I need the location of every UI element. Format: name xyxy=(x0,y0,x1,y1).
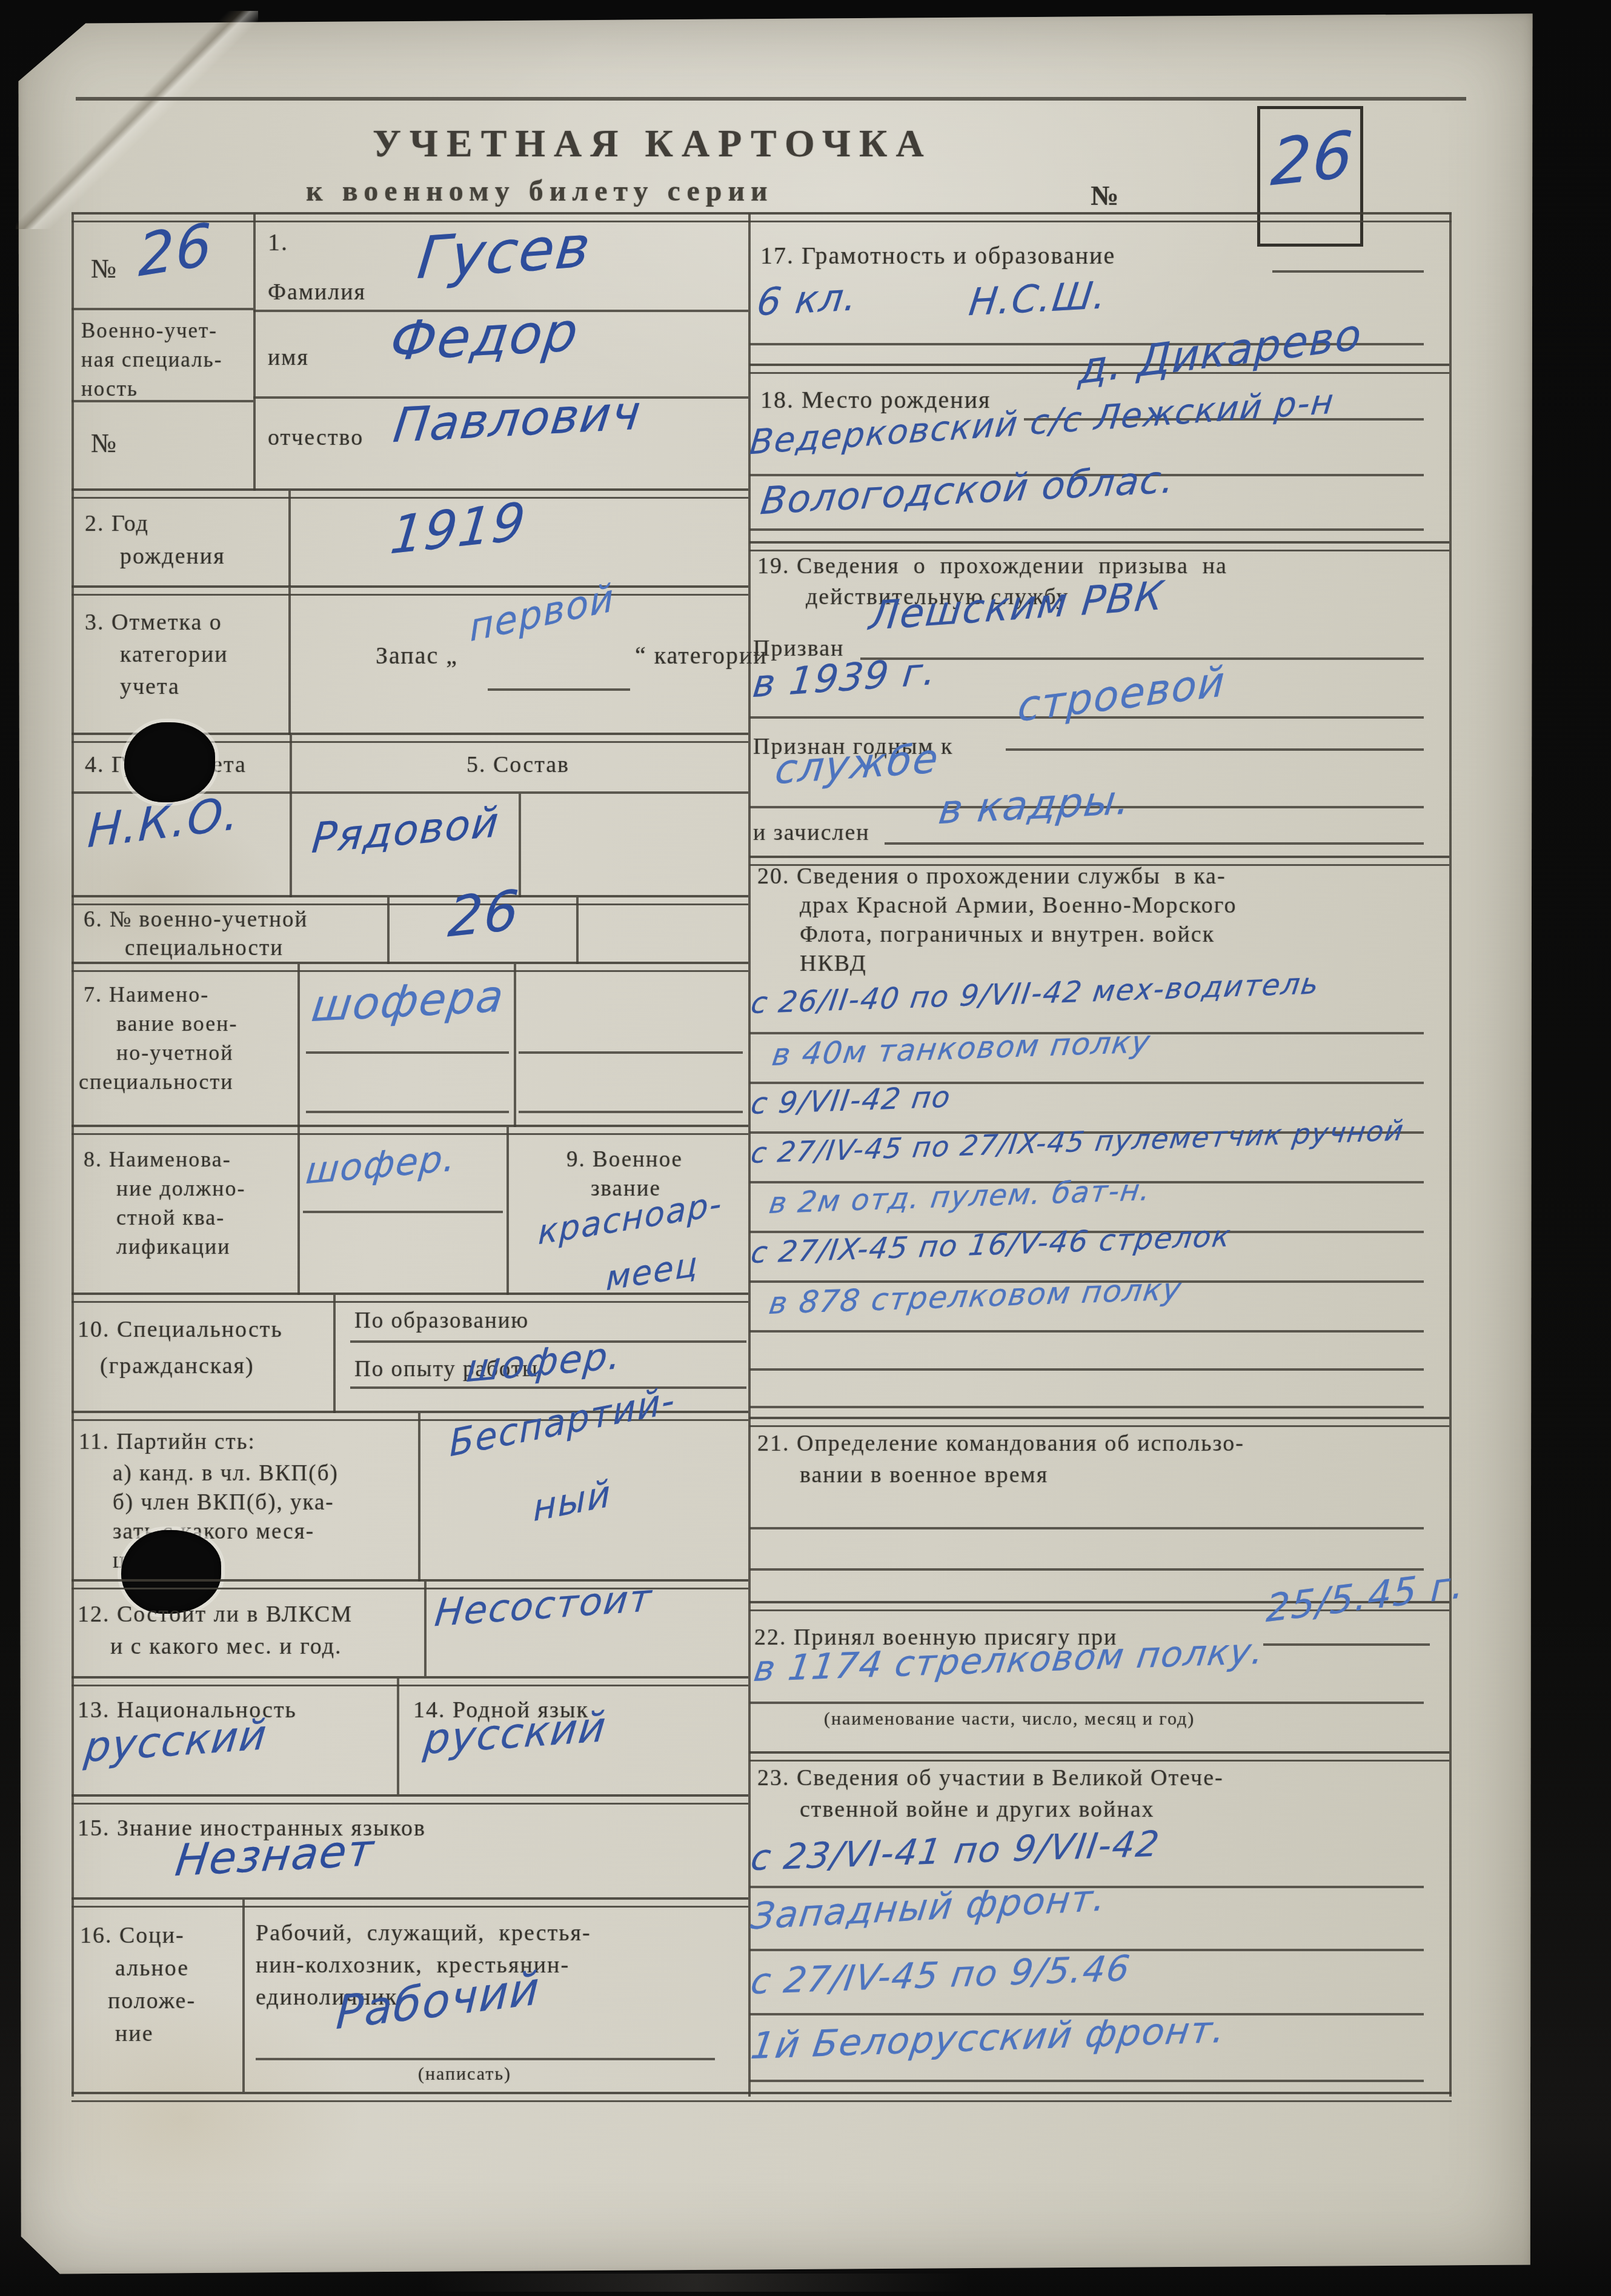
field10-label-line1: 10. Специальность xyxy=(78,1316,283,1343)
field11-label-line2: а) канд. в чл. ВКП(б) xyxy=(113,1460,339,1486)
header-top-rule xyxy=(76,97,1466,101)
hline xyxy=(749,1368,1424,1371)
row-separator xyxy=(71,1293,748,1303)
field16-label-line4: ние xyxy=(115,2020,154,2047)
vline xyxy=(507,1127,509,1295)
hline xyxy=(71,400,253,402)
row-separator xyxy=(71,488,748,499)
row-separator xyxy=(71,962,748,972)
row-separator xyxy=(71,1897,748,1908)
card-number-box: 26 xyxy=(1257,106,1363,247)
vus-label-line3: ность xyxy=(81,377,138,401)
field5-label: 5. Состав xyxy=(467,751,570,778)
vus-label-line2: ная специаль- xyxy=(81,348,222,372)
reg-number-value: 26 xyxy=(138,211,213,290)
row-separator xyxy=(71,895,748,905)
row-separator xyxy=(71,1794,748,1805)
vline xyxy=(333,1295,336,1413)
field7-label-line2: вание воен- xyxy=(116,1011,237,1036)
field10-label-line2: (гражданская) xyxy=(100,1353,254,1379)
hline xyxy=(519,1111,743,1113)
field17-label: 17. Грамотность и образование xyxy=(760,241,1115,270)
field3-label-line3: учета xyxy=(120,673,180,700)
hline xyxy=(488,688,630,691)
surname-label: Фамилия xyxy=(268,279,366,305)
service-line3: с 9/VII-42 по xyxy=(749,1080,954,1121)
foreign-languages-value: Незнает xyxy=(173,1824,377,1886)
field2-label-line1: 2. Год xyxy=(85,510,149,537)
vline xyxy=(514,964,516,1127)
row-separator xyxy=(71,585,748,596)
reg-number-sign: № xyxy=(91,253,118,284)
field11-label-line3: б) член ВКП(б), ука- xyxy=(113,1489,334,1516)
reserve-prefix: Запас „ xyxy=(376,641,458,670)
hline xyxy=(1263,1643,1430,1646)
field11-label-line1: 11. Партийн сть: xyxy=(79,1429,256,1455)
field6-label-line1: 6. № военно-учетной xyxy=(84,907,308,933)
field21-title-line2: вании в военное время xyxy=(800,1462,1048,1488)
field7-label-line1: 7. Наимено- xyxy=(84,982,209,1007)
vline xyxy=(418,1413,420,1582)
hline xyxy=(303,1211,503,1213)
education-value-a: 6 кл. xyxy=(754,275,860,324)
field3-label-line2: категории xyxy=(120,641,228,668)
hline xyxy=(860,657,1424,660)
card-number-value: 26 xyxy=(1269,117,1356,201)
field21-title-line1: 21. Определение командования об использо… xyxy=(757,1430,1244,1457)
enrolled-label: и зачислен xyxy=(753,819,870,846)
vline xyxy=(288,491,291,587)
reserve-suffix: “ категории xyxy=(635,641,768,670)
vline xyxy=(297,1127,300,1295)
form-right-border xyxy=(1449,213,1452,2097)
field3-label-line1: 3. Отметка о xyxy=(85,609,222,636)
field6-label-line2: специальности xyxy=(125,935,284,961)
hline xyxy=(749,1568,1424,1571)
vus-label-line1: Военно-учет- xyxy=(81,319,218,343)
social-caption: (написать) xyxy=(418,2064,511,2085)
hline xyxy=(306,1111,509,1113)
field8-label-line2: ние должно- xyxy=(116,1176,245,1201)
field16-label-line1: 16. Соци- xyxy=(80,1922,185,1949)
hline xyxy=(306,1051,509,1054)
field20-title-line1: 20. Сведения о прохождении службы в ка- xyxy=(757,863,1226,890)
field23-title-line1: 23. Сведения об участии в Великой Отече- xyxy=(757,1765,1224,1791)
row-separator xyxy=(749,541,1449,551)
card-title: УЧЕТНАЯ КАРТОЧКА xyxy=(373,121,932,166)
field9-label-line1: 9. Военное xyxy=(566,1146,683,1173)
name-label: имя xyxy=(268,344,309,371)
vline xyxy=(387,897,390,964)
hline xyxy=(1006,748,1424,751)
field8-label-line4: лификации xyxy=(116,1234,231,1259)
vline xyxy=(290,735,292,897)
education-spec-label: По образованию xyxy=(354,1308,529,1334)
row-separator xyxy=(749,1751,1449,1762)
scan-streak xyxy=(424,2274,969,2292)
vline xyxy=(242,1900,245,2092)
form-bottom-border xyxy=(71,2092,1452,2102)
field16-label-line3: положе- xyxy=(108,1988,196,2014)
vus-name-value: шофера xyxy=(309,970,508,1031)
field20-title-line3: Флота, пограничных и внутрен. войск xyxy=(800,921,1215,948)
hline xyxy=(1272,270,1424,273)
field7-label-line4: специальности xyxy=(79,1069,234,1094)
row-separator xyxy=(749,1417,1449,1427)
field16-label-line2: альное xyxy=(115,1955,189,1982)
hline xyxy=(350,1386,746,1389)
patronymic-label: отчество xyxy=(268,424,364,451)
hline xyxy=(749,1702,1424,1704)
reg-number2-sign: № xyxy=(91,428,118,459)
hline xyxy=(256,2058,715,2060)
field8-label-line3: стной ква- xyxy=(116,1205,225,1230)
vline xyxy=(424,1582,427,1676)
field1-number: 1. xyxy=(268,228,288,256)
hline xyxy=(519,1051,743,1054)
field23-title-line2: ственной войне и других войнах xyxy=(800,1796,1155,1823)
social-desc-line1: Рабочий, служащий, крестья- xyxy=(256,1920,591,1946)
vline xyxy=(576,897,579,964)
field7-label-line3: но-учетной xyxy=(116,1040,234,1065)
card-subtitle: к военному билету серии xyxy=(306,175,774,208)
hline xyxy=(749,1330,1424,1333)
hline xyxy=(71,308,253,310)
oath-caption: (наименование части, число, месяц и год) xyxy=(824,1709,1195,1729)
punch-hole xyxy=(124,722,215,802)
surname-value: Гусев xyxy=(414,213,594,293)
row-separator xyxy=(71,1125,748,1135)
field12-label-line1: 12. Состоит ли в ВЛКСМ xyxy=(78,1601,353,1628)
hline xyxy=(749,2080,1424,2082)
vline xyxy=(397,1679,399,1794)
corner-crease xyxy=(16,11,258,229)
vline xyxy=(297,964,300,1127)
field8-label-line1: 8. Наименова- xyxy=(84,1146,231,1172)
field20-title-line4: НКВД xyxy=(800,950,867,977)
name-value: Федор xyxy=(387,300,583,373)
field2-label-line2: рождения xyxy=(120,543,225,570)
education-value-b: Н.С.Ш. xyxy=(966,273,1109,324)
form-top-border xyxy=(71,212,1452,222)
row1-divider xyxy=(253,213,256,491)
hline xyxy=(749,1406,1424,1408)
hline xyxy=(749,1527,1424,1529)
vline xyxy=(288,588,291,735)
field20-title-line2: драх Красной Армии, Военно-Морского xyxy=(800,892,1237,919)
row-separator xyxy=(71,1676,748,1686)
vus-number-value: 26 xyxy=(446,878,522,950)
hline xyxy=(885,842,1424,845)
military-registration-card-scan: УЧЕТНАЯ КАРТОЧКА к военному билету серии… xyxy=(0,0,1611,2296)
hline xyxy=(749,528,1424,531)
series-number-sign: № xyxy=(1091,179,1120,211)
field12-label-line2: и с какого мес. и год. xyxy=(110,1633,342,1660)
form-center-divider xyxy=(748,213,751,2097)
